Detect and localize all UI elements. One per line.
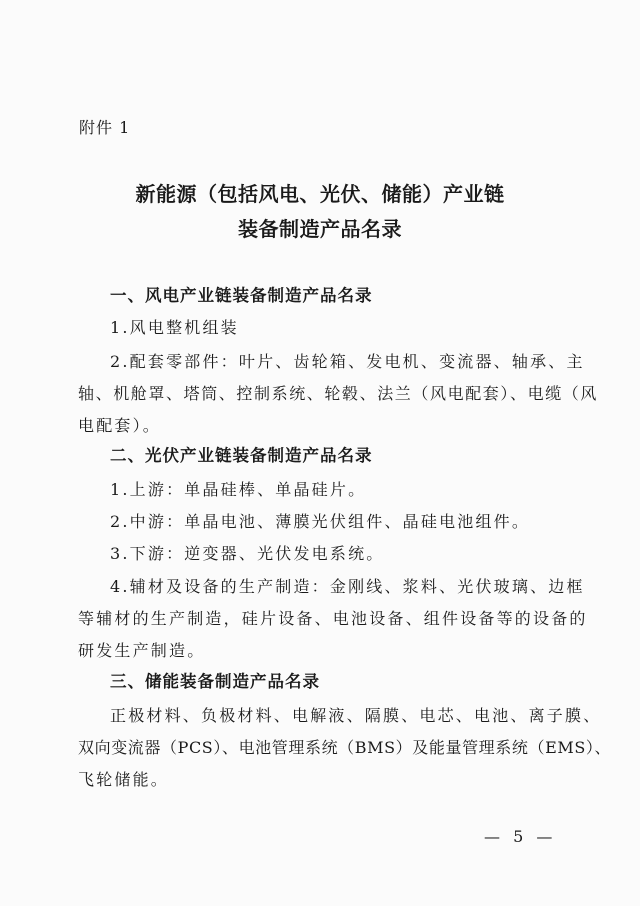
section-heading-storage: 三、储能装备制造产品名录	[110, 672, 580, 692]
pv-item-4-line-2: 等辅材的生产制造，硅片设备、电池设备、组件设备等的设备的	[78, 609, 548, 629]
document-title-line-2: 装备制造产品名录	[0, 213, 640, 242]
section-heading-wind: 一、风电产业链装备制造产品名录	[110, 286, 580, 306]
pv-item-4-line-1: 4.辅材及设备的生产制造：金刚线、浆料、光伏玻璃、边框	[110, 577, 580, 597]
wind-item-2-line-2: 轴、机舱罩、塔筒、控制系统、轮毂、法兰（风电配套）、电缆（风	[78, 384, 548, 404]
pv-item-2: 2.中游：单晶电池、薄膜光伏组件、晶硅电池组件。	[110, 512, 580, 532]
attachment-label: 附件 1	[79, 115, 130, 138]
pv-item-1: 1.上游：单晶硅棒、单晶硅片。	[110, 480, 580, 500]
wind-item-1: 1.风电整机组装	[110, 318, 580, 338]
wind-item-2-line-1: 2.配套零部件：叶片、齿轮箱、发电机、变流器、轴承、主	[110, 352, 580, 372]
storage-items-line-1: 正极材料、负极材料、电解液、隔膜、电芯、电池、离子膜、	[110, 706, 580, 726]
section-heading-pv: 二、光伏产业链装备制造产品名录	[110, 446, 580, 466]
pv-item-4-line-3: 研发生产制造。	[78, 641, 548, 661]
wind-item-2-line-3: 电配套）。	[78, 416, 548, 436]
page-number: — 5 —	[484, 827, 556, 846]
storage-items-line-3: 飞轮储能。	[78, 770, 548, 790]
storage-items-line-2: 双向变流器（PCS）、电池管理系统（BMS）及能量管理系统（EMS）、	[78, 738, 548, 758]
document-title-line-1: 新能源（包括风电、光伏、储能）产业链	[0, 178, 640, 207]
pv-item-3: 3.下游：逆变器、光伏发电系统。	[110, 544, 580, 564]
